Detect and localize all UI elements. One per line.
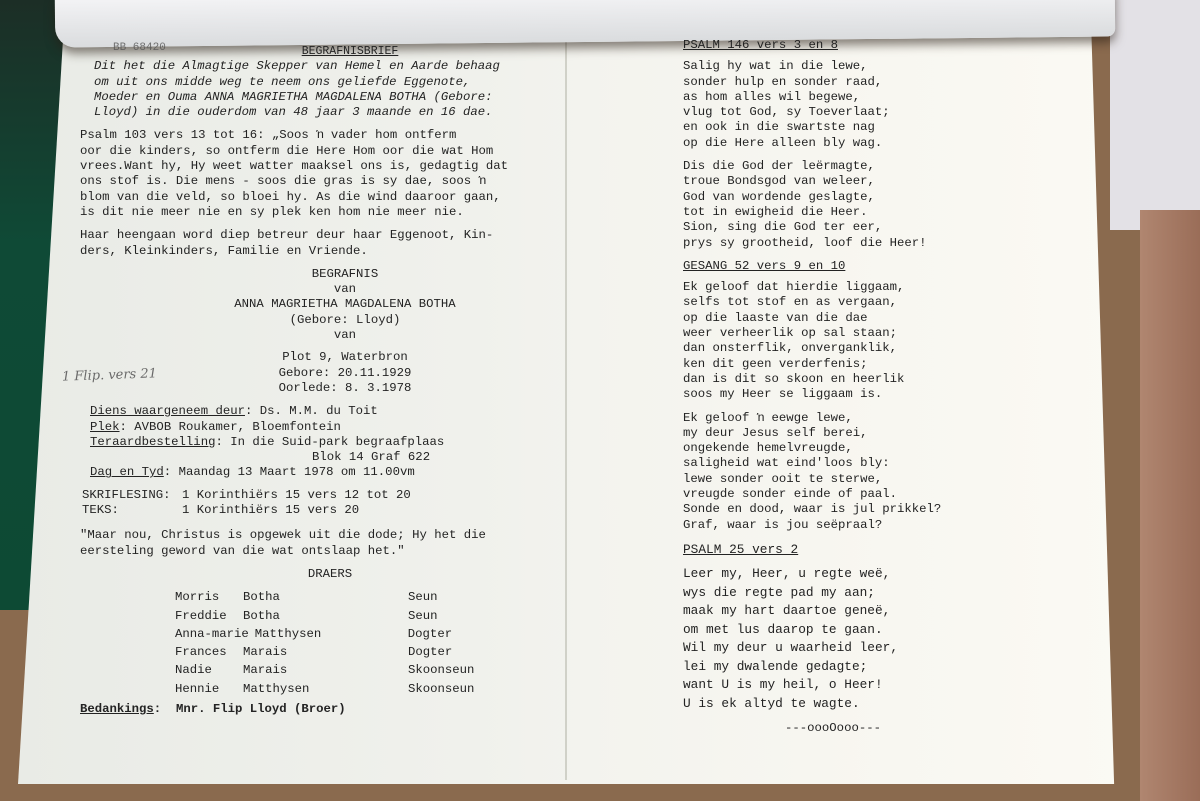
bearer-row: FrancesMaraisDogter (175, 643, 580, 661)
text-line: Haar heengaan word diep betreur deur haa… (80, 228, 580, 243)
text-line: blom van die veld, so bloei hy. As die w… (80, 190, 580, 205)
text-line: ons stof is. Die mens - soos die gras is… (80, 174, 580, 189)
verse-line: vreugde sonder einde of paal. (683, 487, 1013, 502)
scripture-quote: "Maar nou, Christus is opgewek uit die d… (80, 528, 580, 559)
funeral-heading: BEGRAFNISvanANNA MAGRIETHA MAGDALENA BOT… (80, 267, 580, 343)
verse-line: Salig hy wat in die lewe, (683, 59, 1013, 74)
bearer-first-name: Hennie (175, 680, 243, 698)
hymns: PSALM 146 vers 3 en 8Salig hy wat in die… (683, 38, 1013, 713)
right-page: PSALM 146 vers 3 en 8Salig hy wat in die… (683, 36, 1013, 737)
text-line: vrees.Want hy, Hy weet watter maaksel on… (80, 159, 580, 174)
verse-line: Ek geloof dat hierdie liggaam, (683, 280, 1013, 295)
detail-label: Dag en Tyd (90, 465, 164, 479)
bearer-relation: Dogter (408, 625, 452, 643)
intro-paragraph: Dit het die Almagtige Skepper van Hemel … (80, 59, 580, 120)
verse-line: troue Bondsgod van weleer, (683, 174, 1013, 189)
bearer-relation: Skoonseun (408, 680, 474, 698)
address-line: Gebore: 20.11.1929 (110, 366, 580, 381)
verse-line: ongekende hemelvreugde, (683, 441, 1013, 456)
reading-label: SKRIFLESING: (82, 488, 182, 503)
verse-line: dan is dit so skoon en heerlik (683, 372, 1013, 387)
reading-value: 1 Korinthiërs 15 vers 12 tot 20 (182, 488, 411, 503)
verse-line: tot in ewigheid die Heer. (683, 205, 1013, 220)
bearer-last-name: Botha (243, 588, 408, 606)
verse-line: op die laaste van die dae (683, 311, 1013, 326)
verse-line: prys sy grootheid, loof die Heer! (683, 236, 1013, 251)
verse-line: Leer my, Heer, u regte weë, (683, 565, 1013, 584)
verse-line: weer verheerlik op sal staan; (683, 326, 1013, 341)
psalm-103-paragraph: Psalm 103 vers 13 tot 16: „Soos ŉ vader … (80, 128, 580, 220)
hymn-title: PSALM 146 vers 3 en 8 (683, 38, 1013, 53)
bearer-last-name: Marais (243, 643, 408, 661)
letter-title: BEGRAFNISBRIEF (80, 44, 580, 59)
detail-value: Ds. M.M. du Toit (260, 404, 378, 418)
verse-line: om met lus daarop te gaan. (683, 621, 1013, 640)
detail-row: Dag en Tyd: Maandag 13 Maart 1978 om 11.… (90, 465, 580, 480)
verse-line: selfs tot stof en as vergaan, (683, 295, 1013, 310)
hymn-section: PSALM 146 vers 3 en 8Salig hy wat in die… (683, 38, 1013, 251)
background-wall (1110, 0, 1200, 230)
quote-line: "Maar nou, Christus is opgewek uit die d… (80, 528, 580, 543)
verse-line: maak my hart daartoe geneë, (683, 602, 1013, 621)
bearer-last-name: Matthysen (255, 625, 408, 643)
bearers-heading: DRAERS (80, 567, 580, 582)
bearer-row: NadieMaraisSkoonseun (175, 661, 580, 679)
verse-line: sonder hulp en sonder raad, (683, 75, 1013, 90)
address-line: Plot 9, Waterbron (110, 350, 580, 365)
quote-line: eersteling geword van die wat ontslaap h… (80, 544, 580, 559)
bearer-relation: Dogter (408, 643, 452, 661)
verse-line: as hom alles wil begewe, (683, 90, 1013, 105)
detail-label: Diens waargeneem deur (90, 404, 245, 418)
detail-row: Teraardbestelling: In die Suid-park begr… (90, 435, 580, 450)
heading-line: van (110, 282, 580, 297)
thanks-value: Mnr. Flip Lloyd (Broer) (176, 702, 346, 717)
hymn-stanza: Ek geloof ŉ eewge lewe,my deur Jesus sel… (683, 411, 1013, 533)
hymn-stanza: Dis die God der leërmagte,troue Bondsgod… (683, 159, 1013, 251)
verse-line: my deur Jesus self berei, (683, 426, 1013, 441)
text-line: Psalm 103 vers 13 tot 16: „Soos ŉ vader … (80, 128, 580, 143)
verse-line: God van wordende geslagte, (683, 190, 1013, 205)
text-line: oor die kinders, so ontferm die Here Hom… (80, 144, 580, 159)
reading-label: TEKS: (82, 503, 182, 518)
bearer-last-name: Matthysen (243, 680, 408, 698)
detail-value: Maandag 13 Maart 1978 om 11.00vm (179, 465, 415, 479)
verse-line: op die Here alleen bly wag. (683, 136, 1013, 151)
verse-line: Sonde en dood, waar is jul prikkel? (683, 502, 1013, 517)
bearer-first-name: Morris (175, 588, 243, 606)
address-line: Oorlede: 8. 3.1978 (110, 381, 580, 396)
service-details: Diens waargeneem deur: Ds. M.M. du ToitP… (80, 404, 580, 480)
hymn-stanza: Leer my, Heer, u regte weë,wys die regte… (683, 565, 1013, 713)
verse-line: ken dit geen verderfenis; (683, 357, 1013, 372)
verse-line: want U is my heil, o Heer! (683, 676, 1013, 695)
text-line: Moeder en Ouma ANNA MAGRIETHA MAGDALENA … (94, 90, 580, 105)
detail-row: Diens waargeneem deur: Ds. M.M. du Toit (90, 404, 580, 419)
hymn-section: PSALM 25 vers 2Leer my, Heer, u regte we… (683, 541, 1013, 714)
verse-line: Sion, sing die God ter eer, (683, 220, 1013, 235)
text-line: ders, Kleinkinders, Familie en Vriende. (80, 244, 580, 259)
heading-line: (Gebore: Lloyd) (110, 313, 580, 328)
mourning-paragraph: Haar heengaan word diep betreur deur haa… (80, 228, 580, 259)
text-line: Lloyd) in die ouderdom van 48 jaar 3 maa… (94, 105, 580, 120)
bearer-row: FreddieBothaSeun (175, 607, 580, 625)
address-block: Plot 9, WaterbronGebore: 20.11.1929Oorle… (80, 350, 580, 396)
heading-line: van (110, 328, 580, 343)
verse-line: U is ek altyd te wagte. (683, 695, 1013, 714)
ending-ornament: ---oooOooo--- (683, 721, 1013, 736)
reading-row: SKRIFLESING:1 Korinthiërs 15 vers 12 tot… (82, 488, 580, 503)
detail-value: Blok 14 Graf 622 (312, 450, 430, 464)
bearer-row: Anna-marieMatthysenDogter (175, 625, 580, 643)
verse-line: lei my dwalende gedagte; (683, 658, 1013, 677)
text-line: Dit het die Almagtige Skepper van Hemel … (94, 59, 580, 74)
verse-line: Dis die God der leërmagte, (683, 159, 1013, 174)
bearers-list: MorrisBothaSeunFreddieBothaSeunAnna-mari… (175, 588, 580, 698)
verse-line: wys die regte pad my aan; (683, 584, 1013, 603)
text-line: is dit nie meer nie en sy plek ken hom n… (80, 205, 580, 220)
verse-line: Wil my deur u waarheid leer, (683, 639, 1013, 658)
detail-label: Plek (90, 420, 120, 434)
verse-line: lewe sonder ooit te sterwe, (683, 472, 1013, 487)
detail-value: In die Suid-park begraafplaas (230, 435, 444, 449)
reading-row: TEKS:1 Korinthiërs 15 vers 20 (82, 503, 580, 518)
bearer-last-name: Marais (243, 661, 408, 679)
verse-line: vlug tot God, sy Toeverlaat; (683, 105, 1013, 120)
left-page: BEGRAFNISBRIEF Dit het die Almagtige Ske… (80, 44, 580, 717)
bearer-last-name: Botha (243, 607, 408, 625)
bearer-relation: Seun (408, 588, 438, 606)
detail-row: Plek: AVBOB Roukamer, Bloemfontein (90, 420, 580, 435)
heading-line: BEGRAFNIS (110, 267, 580, 282)
verse-line: Graf, waar is jou seëpraal? (683, 518, 1013, 533)
verse-line: dan onsterflik, onverganklik, (683, 341, 1013, 356)
thanks-line: Bedankings: Mnr. Flip Lloyd (Broer) (80, 702, 580, 717)
bearer-row: HennieMatthysenSkoonseun (175, 680, 580, 698)
detail-label: Teraardbestelling (90, 435, 215, 449)
verse-line: saligheid wat eind'loos bly: (683, 456, 1013, 471)
scripture-readings: SKRIFLESING:1 Korinthiërs 15 vers 12 tot… (80, 488, 580, 519)
hymn-section: GESANG 52 vers 9 en 10Ek geloof dat hier… (683, 259, 1013, 533)
heading-line: ANNA MAGRIETHA MAGDALENA BOTHA (110, 297, 580, 312)
text-line: om uit ons midde weg te neem ons geliefd… (94, 75, 580, 90)
detail-row: Blok 14 Graf 622 (90, 450, 580, 465)
verse-line: en ook in die swartste nag (683, 120, 1013, 135)
bearer-first-name: Anna-marie (175, 625, 249, 643)
hymn-title: PSALM 25 vers 2 (683, 541, 1013, 560)
bearer-relation: Seun (408, 607, 438, 625)
bearer-relation: Skoonseun (408, 661, 474, 679)
hymn-stanza: Salig hy wat in die lewe,sonder hulp en … (683, 59, 1013, 151)
bearer-first-name: Frances (175, 643, 243, 661)
hymn-title: GESANG 52 vers 9 en 10 (683, 259, 1013, 274)
bearer-row: MorrisBothaSeun (175, 588, 580, 606)
hymn-stanza: Ek geloof dat hierdie liggaam,selfs tot … (683, 280, 1013, 402)
background-arm (1140, 210, 1200, 801)
detail-value: AVBOB Roukamer, Bloemfontein (134, 420, 341, 434)
verse-line: soos my Heer se liggaam is. (683, 387, 1013, 402)
verse-line: Ek geloof ŉ eewge lewe, (683, 411, 1013, 426)
bearer-first-name: Freddie (175, 607, 243, 625)
reading-value: 1 Korinthiërs 15 vers 20 (182, 503, 359, 518)
thanks-label: Bedankings (80, 702, 154, 717)
bearer-first-name: Nadie (175, 661, 243, 679)
